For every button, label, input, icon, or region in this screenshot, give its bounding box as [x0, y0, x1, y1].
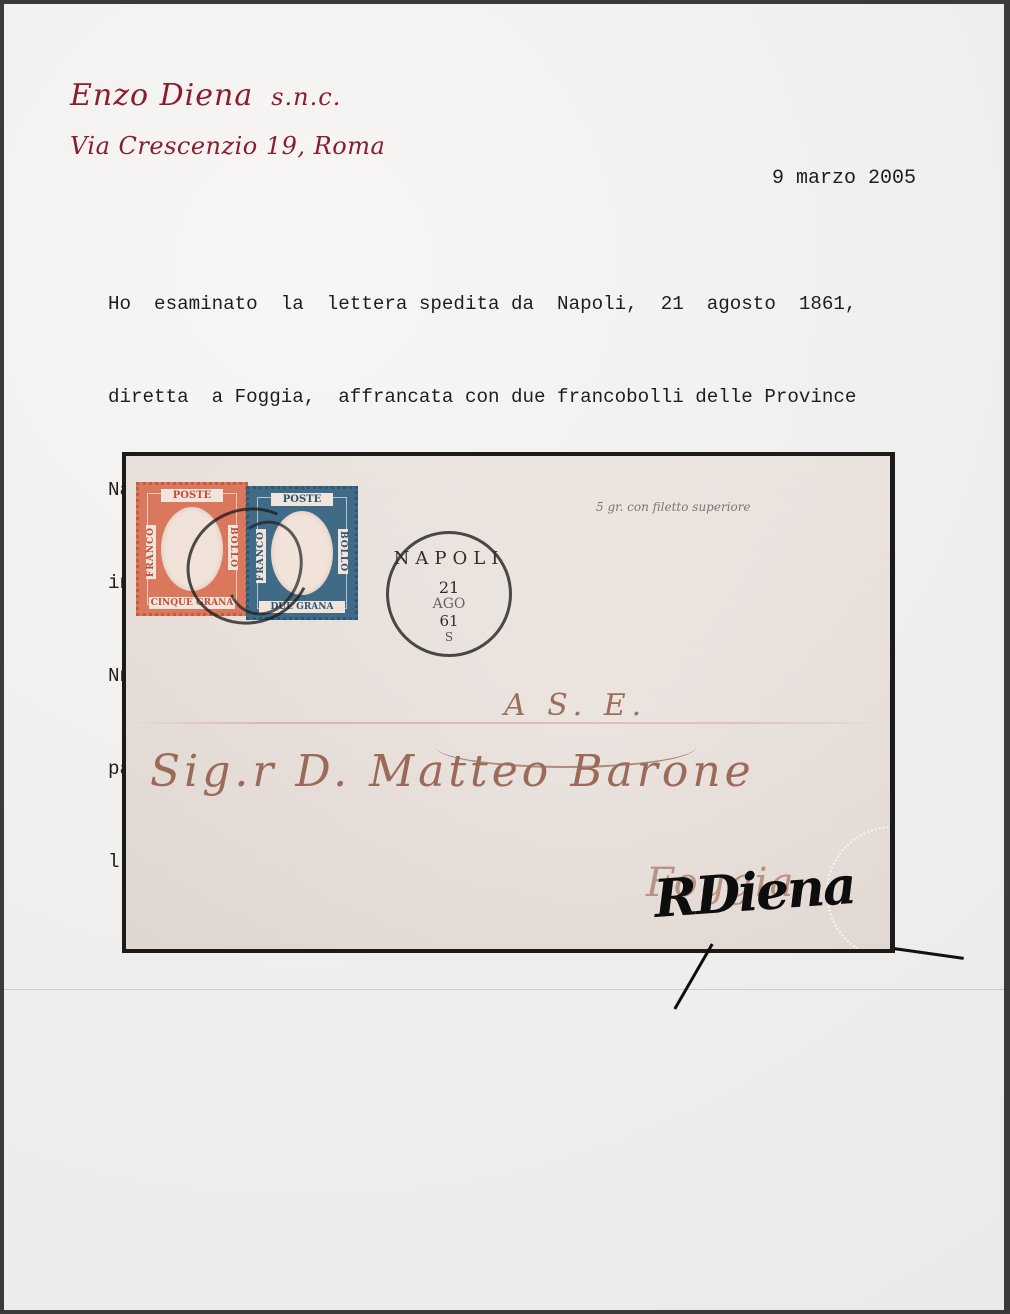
- certificate-sheet: Enzo Dienas.n.c. Via Crescenzio 19, Roma…: [4, 4, 1004, 1310]
- postmark-day: 21: [389, 578, 509, 597]
- stamp-side-left: FRANCO: [146, 525, 156, 579]
- postmark-hour: S: [389, 630, 509, 644]
- stamp-header: POSTE: [161, 489, 223, 502]
- letterhead-company: Enzo Dienas.n.c.: [70, 76, 385, 117]
- postmark-year: 61: [389, 612, 509, 630]
- signature-flourish: [894, 947, 964, 960]
- stamp-header: POSTE: [271, 493, 333, 506]
- company-name: Enzo Diena: [70, 78, 253, 113]
- paper-crease: [4, 989, 1004, 990]
- body-line: diretta a Foggia, affrancata con due fra…: [108, 382, 928, 413]
- company-suffix: s.n.c.: [271, 83, 341, 111]
- letterhead-address: Via Crescenzio 19, Roma: [70, 125, 385, 167]
- salutation: A S. E.: [504, 688, 647, 723]
- postmark-month: AGO: [389, 596, 509, 612]
- letterhead: Enzo Dienas.n.c. Via Crescenzio 19, Roma: [70, 76, 385, 167]
- body-line: Ho esaminato la lettera spedita da Napol…: [108, 289, 928, 320]
- signature-stroke: [673, 943, 713, 1009]
- postmark: NAPOLI 21 AGO 61 S: [386, 531, 512, 657]
- certificate-date: 9 marzo 2005: [772, 167, 916, 190]
- stamp-side-right: BOLLO: [338, 529, 348, 574]
- pencil-note: 5 gr. con filetto superiore: [596, 500, 751, 514]
- addressee: Sig.r D. Matteo Barone: [150, 746, 755, 797]
- postmark-town: NAPOLI: [389, 548, 509, 569]
